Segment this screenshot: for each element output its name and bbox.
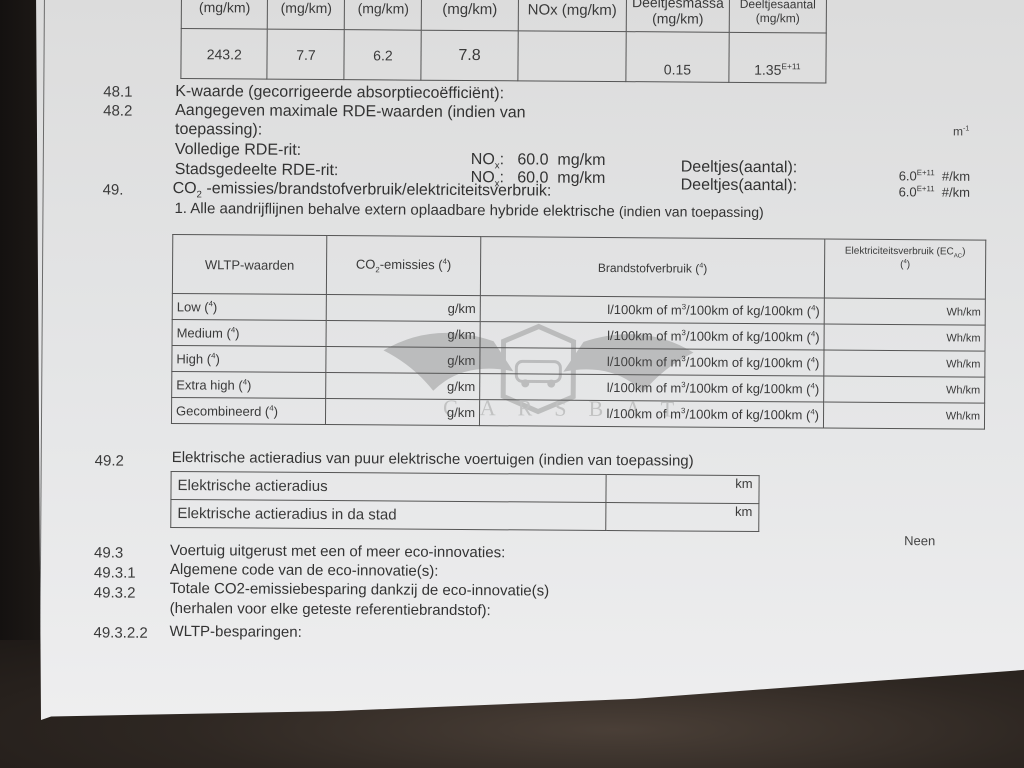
electric-range-unit: km (606, 474, 759, 503)
header-cell: (mg/km) (181, 0, 268, 29)
rde-city-pn-label: Deeltjes(aantal): (681, 177, 798, 196)
electric-range-city-row: Elektrische actieradius in da stad km (171, 499, 759, 531)
wltp-row-fuel-unit: l/100km of m3/100km of kg/100km (4) (480, 322, 824, 350)
rde-full-pn-value: 6.0E+11 #/km (899, 168, 970, 184)
value-cell (517, 31, 626, 82)
eco-innovation-value: Neen (904, 533, 935, 548)
section-number-48-1: 48.1 (103, 83, 132, 100)
electric-range-city-label: Elektrische actieradius in da stad (171, 499, 606, 530)
wltp-row-co2-unit: g/km (326, 295, 480, 322)
k-value-label: K-waarde (gecorrigeerde absorptiecoëffic… (175, 83, 504, 103)
header-co2: CO2-emissies (4) (326, 236, 480, 296)
section-number-49: 49. (103, 181, 124, 198)
rde-full-pn-label: Deeltjes(aantal): (681, 159, 798, 178)
section-number-49-3: 49.3 (94, 544, 123, 561)
wltp-row: Gecombineerd (4)g/kml/100km of m3/100km … (171, 397, 984, 429)
wltp-row-label: Extra high (4) (172, 371, 326, 398)
document-page: (mg/km) (mg/km) (mg/km) (mg/km) NOx (mg/… (31, 0, 1024, 727)
wltp-table: WLTP-waarden CO2-emissies (4) Brandstofv… (171, 234, 986, 430)
wltp-row-co2-unit: g/km (326, 321, 480, 348)
wltp-row-ec-unit: Wh/km (824, 324, 985, 351)
wltp-row-label: Medium (4) (172, 319, 326, 346)
co2-saving-label-cont: (herhalen voor elke geteste referentiebr… (170, 600, 491, 619)
rde-city-pn-value: 6.0E+11 #/km (899, 184, 970, 200)
section-number-49-3-2: 49.3.2 (94, 584, 136, 601)
value-cell: 0.15 (626, 32, 729, 83)
rde-label-cont: toepassing): (175, 121, 262, 140)
wltp-row-label: Low (4) (172, 293, 326, 320)
value-cell: 243.2 (181, 29, 268, 80)
header-cell: Deeltjesaantal (mg/km) (729, 0, 826, 33)
electric-range-label: Elektrische actieradius (171, 471, 606, 502)
eco-innovation-code-label: Algemene code van de eco-innovatie(s): (170, 561, 439, 580)
wltp-row-ec-unit: Wh/km (824, 376, 985, 403)
header-cell: Deeltjesmassa (mg/km) (626, 0, 729, 32)
header-electricity: Elektriciteitsverbruik (ECAC)(4) (824, 239, 985, 299)
header-cell: (mg/km) (268, 0, 345, 30)
electric-range-section-label: Elektrische actieradius van puur elektri… (172, 449, 694, 470)
value-cell: 7.7 (267, 29, 344, 80)
wltp-row-ec-unit: Wh/km (824, 350, 985, 377)
wltp-row-co2-unit: g/km (326, 347, 480, 374)
margin-line (39, 0, 45, 680)
co2-subsection-label: 1. Alle aandrijflijnen behalve extern op… (174, 200, 763, 221)
section-number-49-2: 49.2 (95, 452, 124, 469)
section-number-48-2: 48.2 (103, 102, 132, 119)
wltp-row-fuel-unit: l/100km of m3/100km of kg/100km (4) (480, 296, 824, 324)
eco-innovation-label: Voertuig uitgerust met een of meer eco-i… (170, 542, 505, 561)
electric-range-row: Elektrische actieradius km (171, 471, 759, 503)
section-number-49-3-1: 49.3.1 (94, 564, 136, 581)
wltp-row-fuel-unit: l/100km of m3/100km of kg/100km (4) (479, 400, 823, 428)
wltp-row-label: Gecombineerd (4) (171, 397, 325, 424)
wltp-row-co2-unit: g/km (326, 373, 480, 400)
emissions-table-header: (mg/km) (mg/km) (mg/km) (mg/km) NOx (mg/… (181, 0, 826, 33)
header-wltp: WLTP-waarden (172, 234, 326, 294)
wltp-row-co2-unit: g/km (325, 399, 479, 426)
electric-range-city-unit: km (606, 502, 759, 531)
section-number-49-3-2-2: 49.3.2.2 (93, 624, 147, 641)
emissions-table-row: 243.2 7.7 6.2 7.8 0.15 1.35E+11 (181, 29, 826, 84)
header-cell: (mg/km) (422, 0, 519, 31)
header-cell: NOx (mg/km) (518, 0, 627, 32)
wltp-row-label: High (4) (172, 345, 326, 372)
wltp-row-ec-unit: Wh/km (824, 298, 985, 325)
emissions-table: (mg/km) (mg/km) (mg/km) (mg/km) NOx (mg/… (180, 0, 827, 84)
wltp-row-fuel-unit: l/100km of m3/100km of kg/100km (4) (480, 374, 824, 402)
k-value-unit: m-1 (953, 123, 970, 138)
wltp-row-fuel-unit: l/100km of m3/100km of kg/100km (4) (480, 348, 824, 376)
rde-city-label: Stadsgedeelte RDE-rit: (175, 161, 339, 180)
wltp-table-header: WLTP-waarden CO2-emissies (4) Brandstofv… (172, 234, 985, 299)
rde-full-label: Volledige RDE-rit: (175, 141, 301, 160)
header-fuel: Brandstofverbruik (4) (480, 237, 824, 298)
co2-saving-label: Totale CO2-emissiebesparing dankzij de e… (170, 580, 549, 600)
wltp-savings-label: WLTP-besparingen: (169, 623, 301, 641)
value-cell: 1.35E+11 (729, 32, 827, 83)
value-cell: 6.2 (344, 30, 421, 81)
wltp-row-ec-unit: Wh/km (823, 402, 984, 429)
header-cell: (mg/km) (345, 0, 422, 30)
electric-range-table: Elektrische actieradius km Elektrische a… (170, 471, 759, 532)
value-cell: 7.8 (421, 30, 518, 81)
rde-label: Aangegeven maximale RDE-waarden (indien … (175, 102, 526, 122)
